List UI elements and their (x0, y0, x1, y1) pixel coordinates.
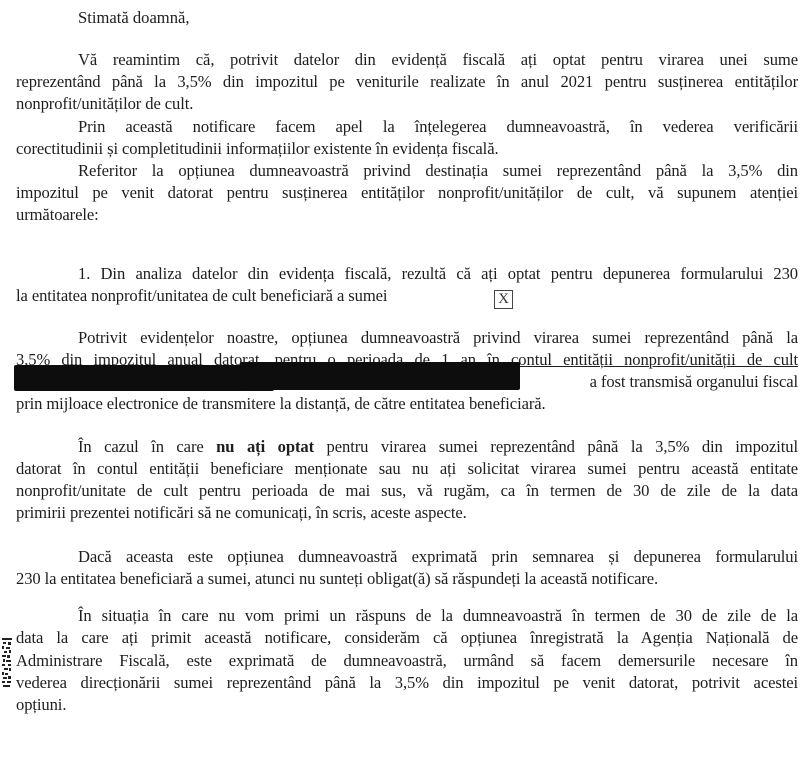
redaction-block-right (240, 362, 520, 390)
paragraph-5-line-4: primirii prezentei notificări să ne comu… (16, 503, 798, 523)
paragraph-7-line-3: Administrare Fiscală, este exprimată de … (16, 651, 798, 671)
letter-page: Stimată doamnă, Vă reamintim că, potrivi… (0, 0, 808, 763)
paragraph-3-line-1: Referitor la opțiunea dumneavoastră priv… (78, 161, 798, 181)
paragraph-1-line-2: reprezentând până la 3,5% din impozitul … (16, 72, 798, 92)
paragraph-6-line-2: 230 la entitatea beneficiară a sumei, at… (16, 569, 798, 589)
paragraph-7-line-2: data la care ați primit această notifica… (16, 628, 798, 648)
paragraph-3-line-3: următoarele: (16, 205, 798, 225)
paragraph-3-line-2: impozitul pe venit datorat pentru susțin… (16, 183, 798, 203)
redaction-block-left (14, 365, 274, 391)
paragraph-5-line-1-post: pentru virarea sumei reprezentând până l… (314, 437, 798, 456)
paragraph-5-line-2: datorat în contul entității beneficiare … (16, 459, 798, 479)
paragraph-5-line-1: În cazul în care nu ați optat pentru vir… (78, 437, 798, 457)
not-opted-emphasis: nu ați optat (216, 437, 314, 456)
paragraph-2-line-1: Prin această notificare facem apel la în… (78, 117, 798, 137)
paragraph-4-line-1: Potrivit evidențelor noastre, opțiunea d… (78, 328, 798, 348)
paragraph-7-line-4: vederea direcționării sumei reprezentând… (16, 673, 798, 693)
paragraph-1-line-1: Vă reamintim că, potrivit datelor din ev… (78, 50, 798, 70)
barcode-icon (2, 638, 12, 688)
paragraph-5-line-1-pre: În cazul în care (78, 437, 216, 456)
item-1-line-1: 1. Din analiza datelor din evidența fisc… (78, 264, 798, 284)
paragraph-7-line-5: opțiuni. (16, 695, 798, 715)
greeting: Stimată doamnă, (78, 8, 190, 28)
paragraph-2-line-2: corectitudinii și completitudinii inform… (16, 139, 798, 159)
paragraph-7-line-1: În situația în care nu vom primi un răsp… (78, 606, 798, 626)
paragraph-4-line-4: prin mijloace electronice de transmitere… (16, 394, 798, 414)
paragraph-4-line-3: a fost transmisă organului fiscal (530, 372, 798, 392)
beneficiary-checkbox: X (494, 290, 513, 309)
paragraph-5-line-3: nonprofit/unitate de cult pentru perioad… (16, 481, 798, 501)
item-1-line-2: la entitatea nonprofit/unitatea de cult … (16, 286, 798, 306)
paragraph-1-line-3: nonprofit/unităților de cult. (16, 94, 798, 114)
paragraph-6-line-1: Dacă aceasta este opțiunea dumneavoastră… (78, 547, 798, 567)
